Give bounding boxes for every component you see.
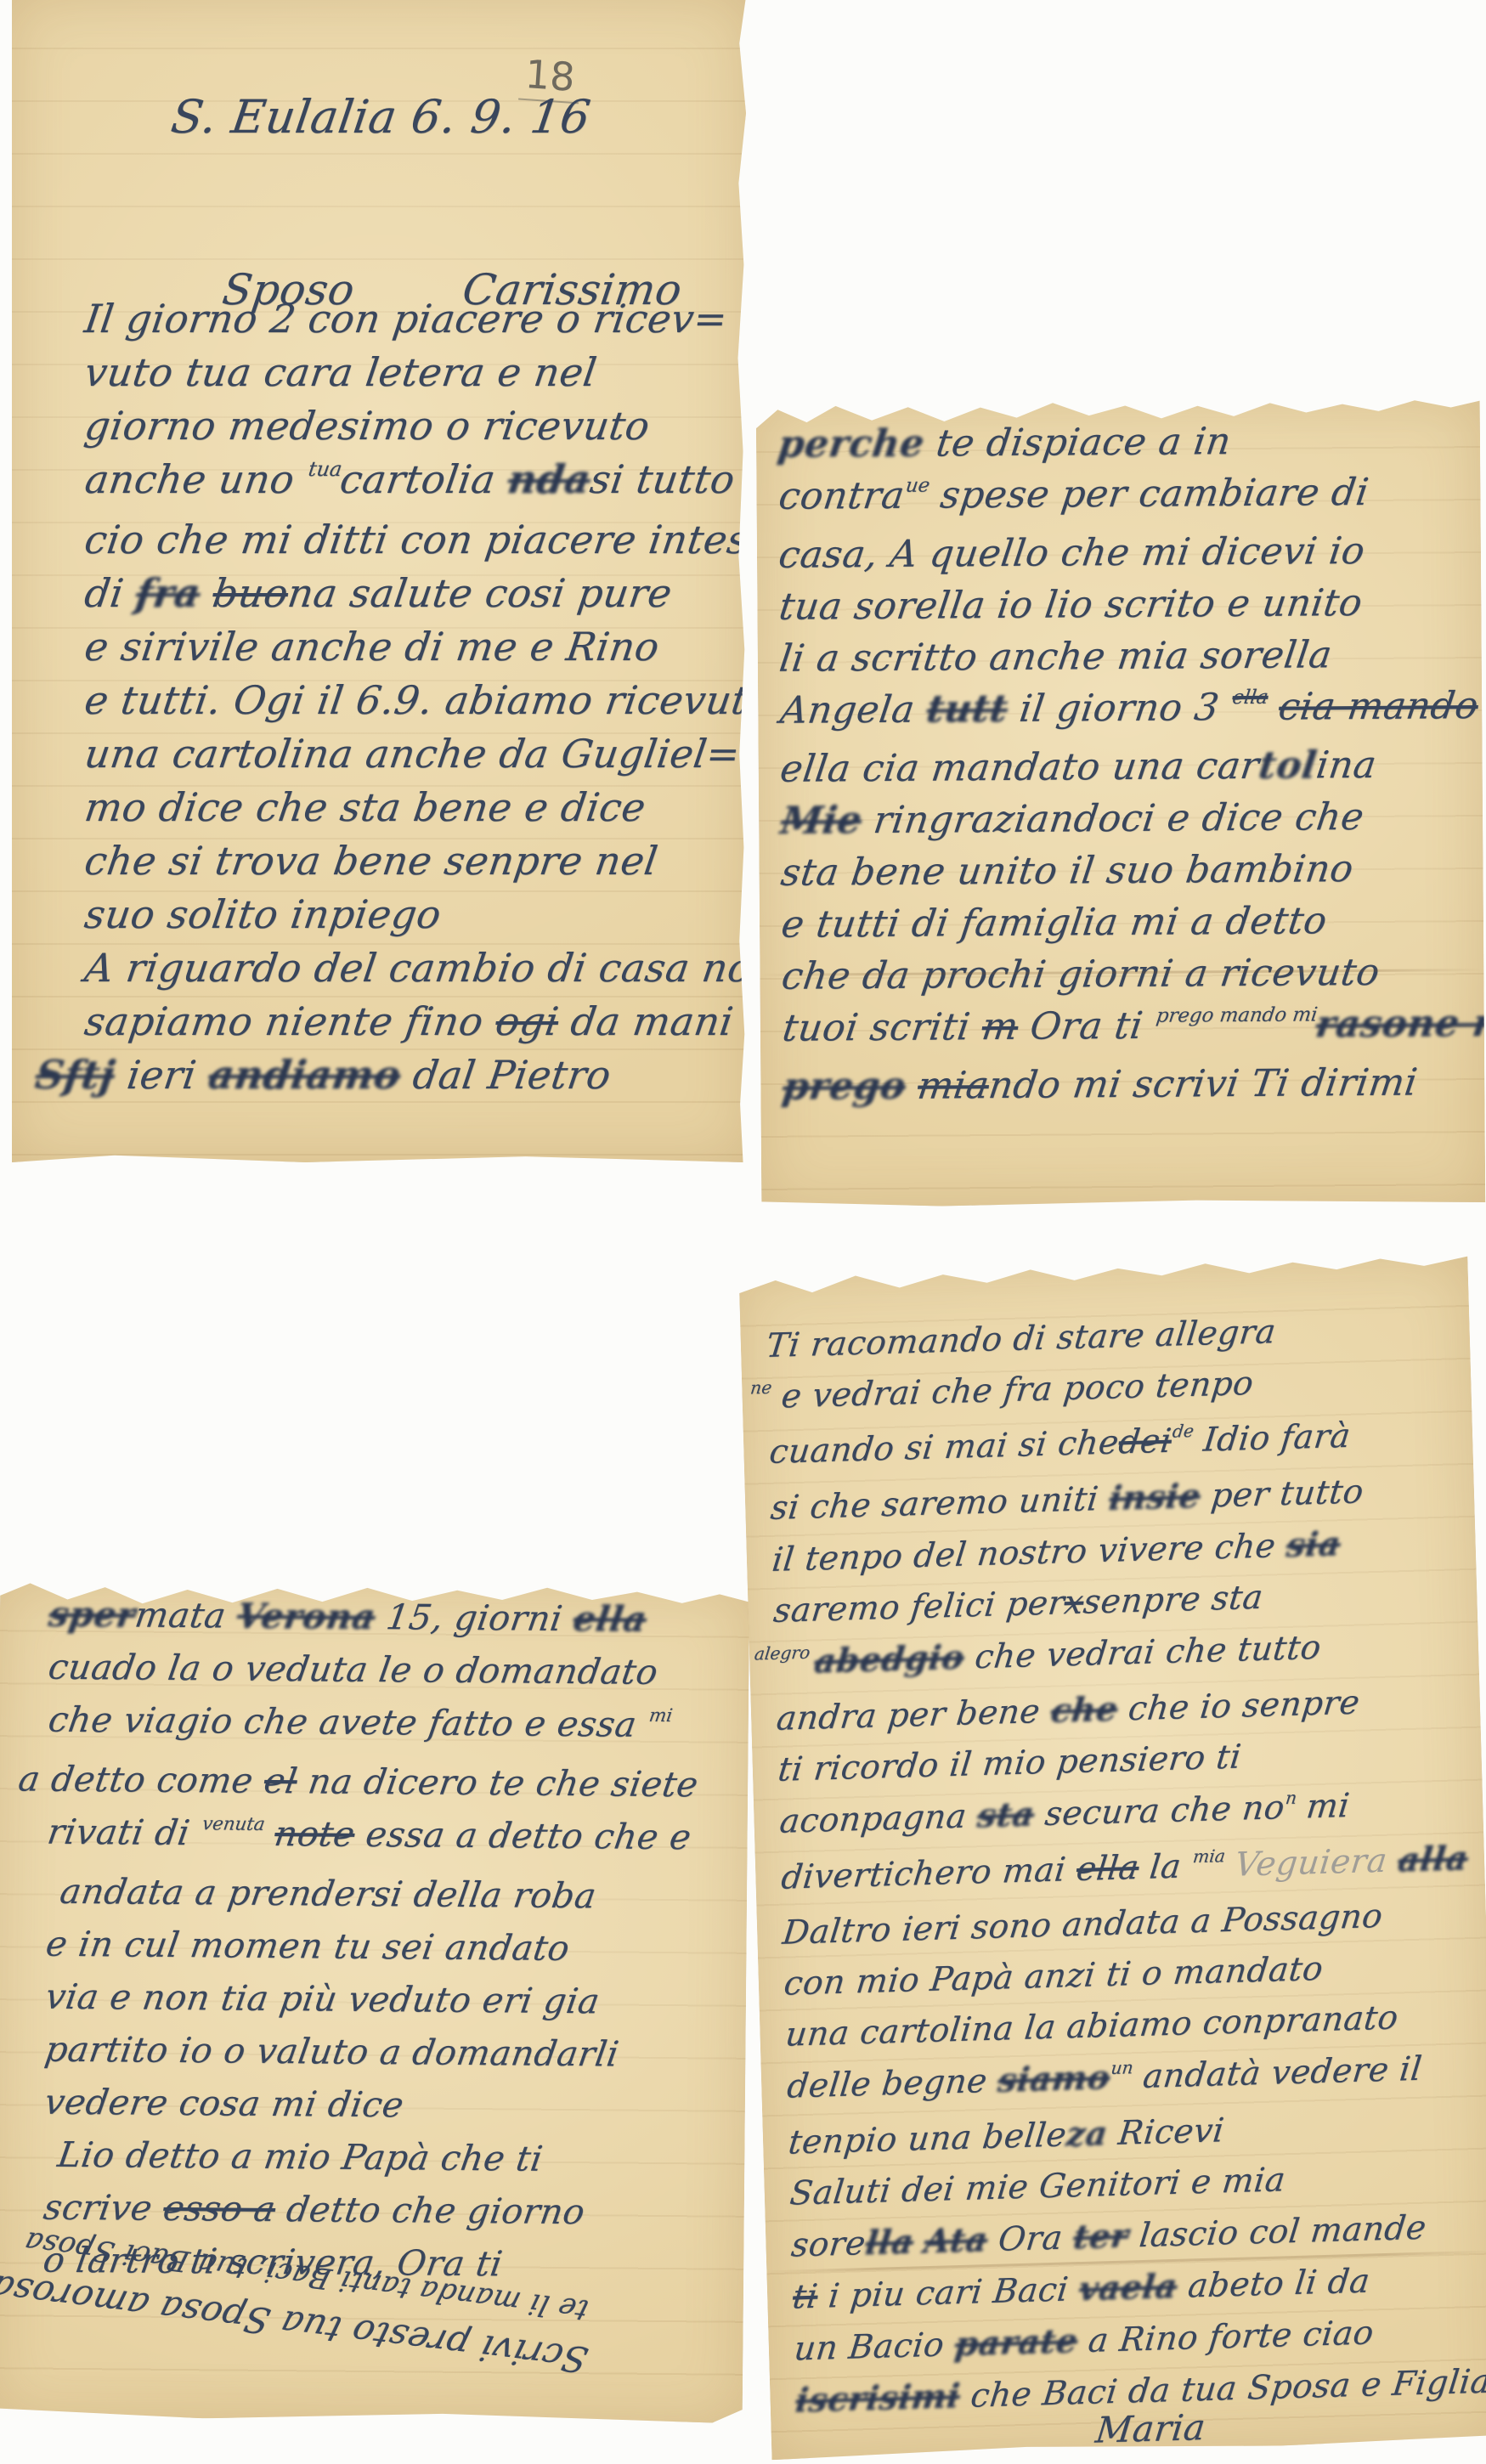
letter-line: tua sorella io lio scrito e unito: [776, 576, 1476, 633]
letter-line: suo solito inpiego: [82, 888, 738, 941]
letter-scan: 18 S. Eulalia 6. 9. 16 SposoCarissimo Il…: [0, 0, 1486, 2464]
letter-line: che si trova bene senpre nel: [82, 834, 738, 888]
letter-line: cio che mi ditti con piacere intesi: [82, 513, 738, 567]
letter-line: vedere cosa mi dice: [41, 2076, 742, 2134]
letter-line: che viagio che avete fatto e essa mi: [44, 1693, 746, 1759]
letter-line: cuado la o veduta le o domandato: [45, 1641, 746, 1699]
letter-line: ella cia mandato una cartolina: [777, 738, 1478, 795]
letter-line: anche uno tuacartolia ndasi tutto: [81, 453, 738, 513]
letter-line: contraue spese per cambiare di: [775, 466, 1476, 529]
letter-line: Lio detto a mio Papà che ti: [54, 2128, 742, 2187]
letter-line: e sirivile anche di me e Rino: [82, 620, 738, 674]
letter-sheet-3: spermata Verona 15, giorni ella cuado la…: [0, 1579, 749, 2423]
letter-line: a detto come el na dicero te che siete: [15, 1752, 745, 1811]
letter-line: di fra buona salute cosi pure: [82, 567, 738, 620]
letter-line: prego miando mi scrivi Ti dirimi: [779, 1056, 1479, 1113]
letter-line: giorno medesimo o ricevuto: [82, 399, 738, 453]
letter-line: rivati di venuta note essa a detto che e: [42, 1806, 744, 1871]
letter-line: Angela tutt il giorno 3 ella cia mando: [777, 680, 1478, 743]
letter-line: casa, A quello che mi dicevi io: [776, 524, 1476, 581]
letter-sheet-2: perche te dispiace a in contraue spese p…: [756, 395, 1486, 1207]
letter-line: spermata Verona 15, giorni ella: [45, 1588, 746, 1647]
letter-line: Mie ringraziandoci e dice che: [777, 790, 1478, 847]
letter-line: e in cul momen tu sei andato: [42, 1918, 743, 1976]
letter-line: sapiamo niente fino ogi da mani a: [82, 995, 738, 1048]
letter-line: li a scritto anche mia sorella: [777, 628, 1477, 685]
letter-sheet-4: Ti racomando di stare allegra ne e vedra…: [739, 1254, 1486, 2460]
letter-line: mo dice che sta bene e dice: [82, 781, 738, 834]
letter-sheet-1: 18 S. Eulalia 6. 9. 16 SposoCarissimo Il…: [12, 0, 746, 1162]
letter-line: partito io o valuto a domandarli: [42, 2023, 743, 2082]
letter-line: vuto tua cara letera e nel: [82, 346, 738, 399]
letter-body: spermata Verona 15, giorni ella cuado la…: [43, 1588, 743, 2292]
letter-body: Il giorno 2 con piacere o ricev= vuto tu…: [85, 292, 734, 1102]
letter-line: via e non tia più veduto eri gia: [42, 1970, 743, 2029]
letter-body: Ti racomando di stare allegra ne e vedra…: [766, 1302, 1486, 2464]
letter-body: perche te dispiace a in contraue spese p…: [778, 414, 1477, 1113]
letter-line: Il giorno 2 con piacere o ricev=: [82, 292, 738, 346]
letter-line: e tutti di famiglia mi a detto: [778, 894, 1478, 951]
letter-line: perche te dispiace a in: [775, 414, 1475, 471]
date-line: S. Eulalia 6. 9. 16: [168, 92, 594, 143]
letter-line: andata a prendersi della roba: [56, 1865, 743, 1924]
letter-line: Sftj ieri andiamo dal Pietro: [32, 1048, 738, 1102]
signature-line: Maria: [1093, 2393, 1486, 2456]
letter-line: sta bene unito il suo bambino: [778, 842, 1478, 899]
letter-line: A riguardo del cambio di casa non: [82, 941, 738, 995]
letter-line: una cartolina anche da Gugliel=: [82, 727, 738, 781]
letter-line: tuoi scriti m Ora ti prego mando mirason…: [778, 997, 1479, 1061]
letter-line: e tutti. Ogi il 6.9. abiamo ricevuto: [82, 674, 738, 727]
